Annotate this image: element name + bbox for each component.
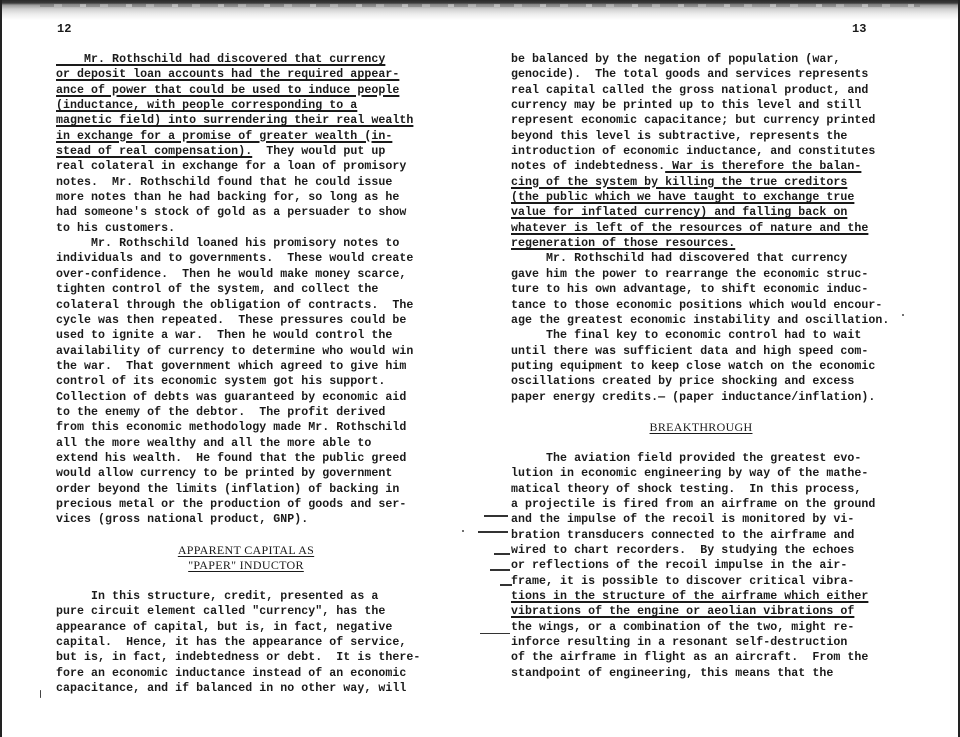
- text-line: paper energy credits.— (paper inductance…: [511, 390, 891, 405]
- text-line: would allow currency to be printed by go…: [56, 466, 436, 481]
- text-line: age the greatest economic instability an…: [511, 313, 891, 328]
- text-line: notes of indebtedness. War is therefore …: [511, 159, 891, 174]
- text-line: (inductance, with people corresponding t…: [56, 98, 436, 113]
- text-line: lution in economic engineering by way of…: [511, 466, 891, 481]
- text-line: and the impulse of the recoil is monitor…: [511, 512, 891, 527]
- text-line: stead of real compensation). They would …: [56, 144, 436, 159]
- text-line: colateral through the obligation of cont…: [56, 298, 436, 313]
- right-page-text: be balanced by the negation of populatio…: [511, 52, 891, 681]
- section-heading: "PAPER" INDUCTOR: [56, 558, 436, 573]
- margin-mark: [484, 515, 508, 517]
- margin-mark: [490, 569, 510, 571]
- text-line: The final key to economic control had to…: [511, 328, 891, 343]
- text-line: inforce resulting in a resonant self-des…: [511, 635, 891, 650]
- text-line: Mr. Rothschild loaned his promisory note…: [56, 236, 436, 251]
- text-line: appearance of capital, but is, in fact, …: [56, 620, 436, 635]
- text-line: from this economic methodology made Mr. …: [56, 420, 436, 435]
- text-line: introduction of economic inductance, and…: [511, 144, 891, 159]
- text-line: magnetic field) into surrendering their …: [56, 113, 436, 128]
- margin-mark: [500, 584, 512, 586]
- text-line: represent economic capacitance; but curr…: [511, 113, 891, 128]
- text-line: had someone's stock of gold as a persuad…: [56, 205, 436, 220]
- text-line: all the more wealthy and all the more ab…: [56, 436, 436, 451]
- text-line: standpoint of engineering, this means th…: [511, 666, 891, 681]
- text-line: bration transducers connected to the air…: [511, 528, 891, 543]
- text-line: value for inflated currency) and falling…: [511, 205, 891, 220]
- text-line: beyond this level is subtractive, repres…: [511, 129, 891, 144]
- text-line: Collection of debts was guaranteed by ec…: [56, 390, 436, 405]
- text-line: The aviation field provided the greatest…: [511, 451, 891, 466]
- text-line: or deposit loan accounts had the require…: [56, 67, 436, 82]
- text-line: whatever is left of the resources of nat…: [511, 221, 891, 236]
- scan-speck: [40, 690, 41, 698]
- text-line: a projectile is fired from an airframe o…: [511, 497, 891, 512]
- text-line: In this structure, credit, presented as …: [56, 589, 436, 604]
- text-line: notes. Mr. Rothschild found that he coul…: [56, 175, 436, 190]
- text-line: real capital called the gross national p…: [511, 83, 891, 98]
- text-line: to the enemy of the debtor. The profit d…: [56, 405, 436, 420]
- text-line: vices (gross national product, GNP).: [56, 512, 436, 527]
- text-line: currency may be printed up to this level…: [511, 98, 891, 113]
- margin-mark: [494, 553, 510, 555]
- text-line: cycle was then repeated. These pressures…: [56, 313, 436, 328]
- text-line: over-confidence. Then he would make mone…: [56, 267, 436, 282]
- text-line: until there was sufficient data and high…: [511, 344, 891, 359]
- text-line: Mr. Rothschild had discovered that curre…: [56, 52, 436, 67]
- text-line: real colateral in exchange for a loan of…: [56, 159, 436, 174]
- text-line: tighten control of the system, and colle…: [56, 282, 436, 297]
- text-line: or reflections of the recoil impulse in …: [511, 558, 891, 573]
- text-line: frame, it is possible to discover critic…: [511, 574, 891, 589]
- text-line: capital. Hence, it has the appearance of…: [56, 635, 436, 650]
- text-line: of the airframe in flight as an aircraft…: [511, 650, 891, 665]
- text-line: capacitance, and if balanced in no other…: [56, 681, 436, 696]
- scan-left-border: [0, 0, 2, 737]
- text-line: vibrations of the engine or aeolian vibr…: [511, 604, 891, 619]
- text-line: ance of power that could be used to indu…: [56, 83, 436, 98]
- text-line: tions in the structure of the airframe w…: [511, 589, 891, 604]
- text-line: ture to his own advantage, to shift econ…: [511, 282, 891, 297]
- text-line: regeneration of those resources.: [511, 236, 891, 251]
- text-line: but is, in fact, indebtedness or debt. I…: [56, 650, 436, 665]
- text-line: order beyond the limits (inflation) of b…: [56, 482, 436, 497]
- page-number-left: 12: [57, 22, 71, 36]
- text-line: more notes than he had backing for, so l…: [56, 190, 436, 205]
- text-line: be balanced by the negation of populatio…: [511, 52, 891, 67]
- text-line: cing of the system by killing the true c…: [511, 175, 891, 190]
- text-line: the war. That government which agreed to…: [56, 359, 436, 374]
- section-heading: BREAKTHROUGH: [511, 420, 891, 435]
- margin-mark: [480, 633, 510, 634]
- section-heading: APPARENT CAPITAL AS: [56, 543, 436, 558]
- text-line: precious metal or the production of good…: [56, 497, 436, 512]
- scan-speck: [902, 314, 904, 316]
- text-line: pure circuit element called "currency", …: [56, 604, 436, 619]
- scan-top-edge: [0, 0, 960, 20]
- text-line: used to ignite a war. Then he would cont…: [56, 328, 436, 343]
- text-line: matical theory of shock testing. In this…: [511, 482, 891, 497]
- text-line: wired to chart recorders. By studying th…: [511, 543, 891, 558]
- text-line: control of its economic system got his s…: [56, 374, 436, 389]
- text-line: in exchange for a promise of greater wea…: [56, 129, 436, 144]
- text-line: to his customers.: [56, 221, 436, 236]
- left-page-text: Mr. Rothschild had discovered that curre…: [56, 52, 436, 696]
- text-line: tance to those economic positions which …: [511, 298, 891, 313]
- text-line: puting equipment to keep close watch on …: [511, 359, 891, 374]
- text-line: Mr. Rothschild had discovered that curre…: [511, 251, 891, 266]
- text-line: extend his wealth. He found that the pub…: [56, 451, 436, 466]
- text-line: (the public which we have taught to exch…: [511, 190, 891, 205]
- text-line: individuals and to governments. These wo…: [56, 251, 436, 266]
- text-line: oscillations created by price shocking a…: [511, 374, 891, 389]
- text-line: genocide). The total goods and services …: [511, 67, 891, 82]
- scan-speck: [462, 530, 464, 532]
- text-line: availability of currency to determine wh…: [56, 344, 436, 359]
- text-line: fore an economic inductance instead of a…: [56, 666, 436, 681]
- page-number-right: 13: [852, 22, 866, 36]
- margin-mark: [478, 531, 508, 533]
- text-line: the wings, or a combination of the two, …: [511, 620, 891, 635]
- text-line: gave him the power to rearrange the econ…: [511, 267, 891, 282]
